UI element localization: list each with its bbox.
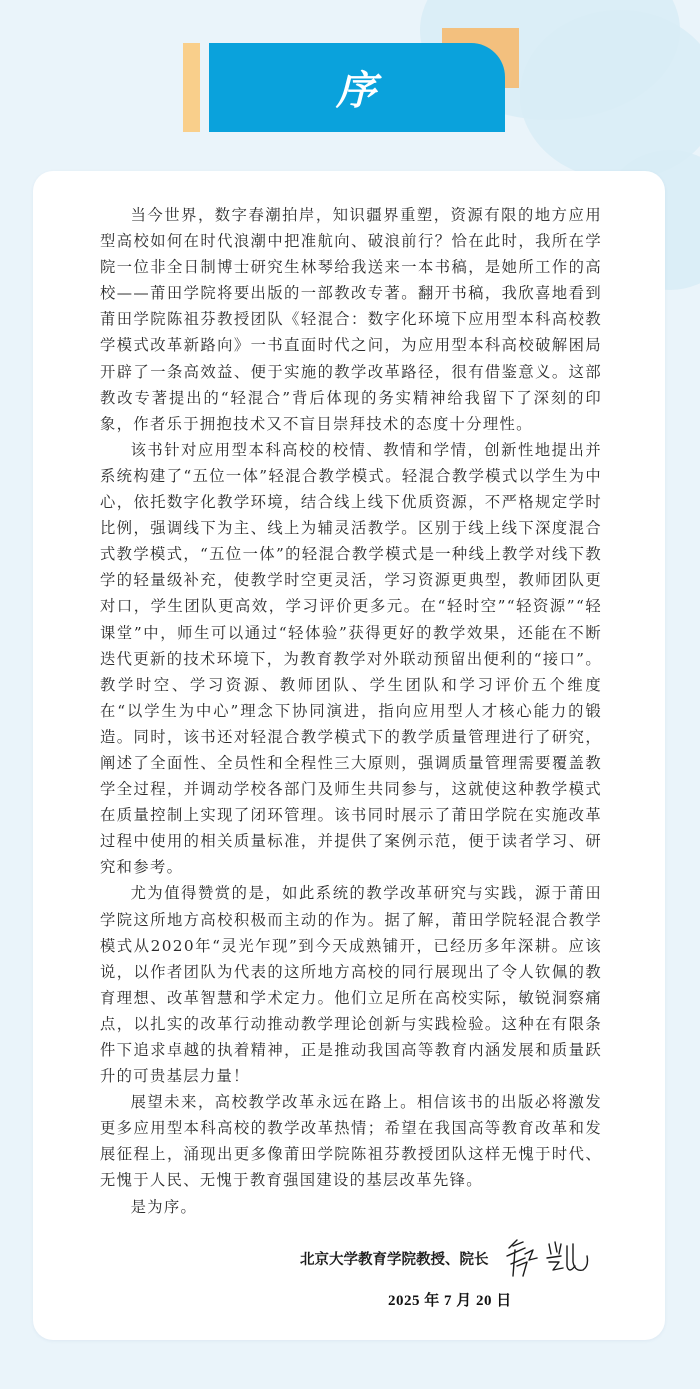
preface-paragraph: 当今世界，数字春潮拍岸，知识疆界重塑，资源有限的地方应用型高校如何在时代浪潮中把… (100, 202, 602, 437)
signature-date: 2025 年 7 月 20 日 (388, 1289, 512, 1310)
preface-body: 当今世界，数字春潮拍岸，知识疆界重塑，资源有限的地方应用型高校如何在时代浪潮中把… (100, 202, 602, 1220)
title-banner: 序 (209, 43, 505, 132)
page-title: 序 (336, 59, 378, 116)
banner-accent-bar (183, 43, 200, 132)
preface-paragraph: 展望未来，高校教学改革永远在路上。相信该书的出版必将激发更多应用型本科高校的教学… (100, 1089, 602, 1193)
signature-block: 北京大学教育学院教授、院长 (300, 1238, 620, 1278)
preface-paragraph: 该书针对应用型本科高校的校情、教情和学情，创新性地提出并系统构建了“五位一体”轻… (100, 437, 602, 881)
preface-paragraph: 是为序。 (100, 1194, 602, 1220)
author-title: 北京大学教育学院教授、院长 (300, 1248, 489, 1269)
handwritten-signature-icon (503, 1236, 593, 1280)
preface-paragraph: 尤为值得赞赏的是，如此系统的教学改革研究与实践，源于莆田学院这所地方高校积极而主… (100, 880, 602, 1089)
